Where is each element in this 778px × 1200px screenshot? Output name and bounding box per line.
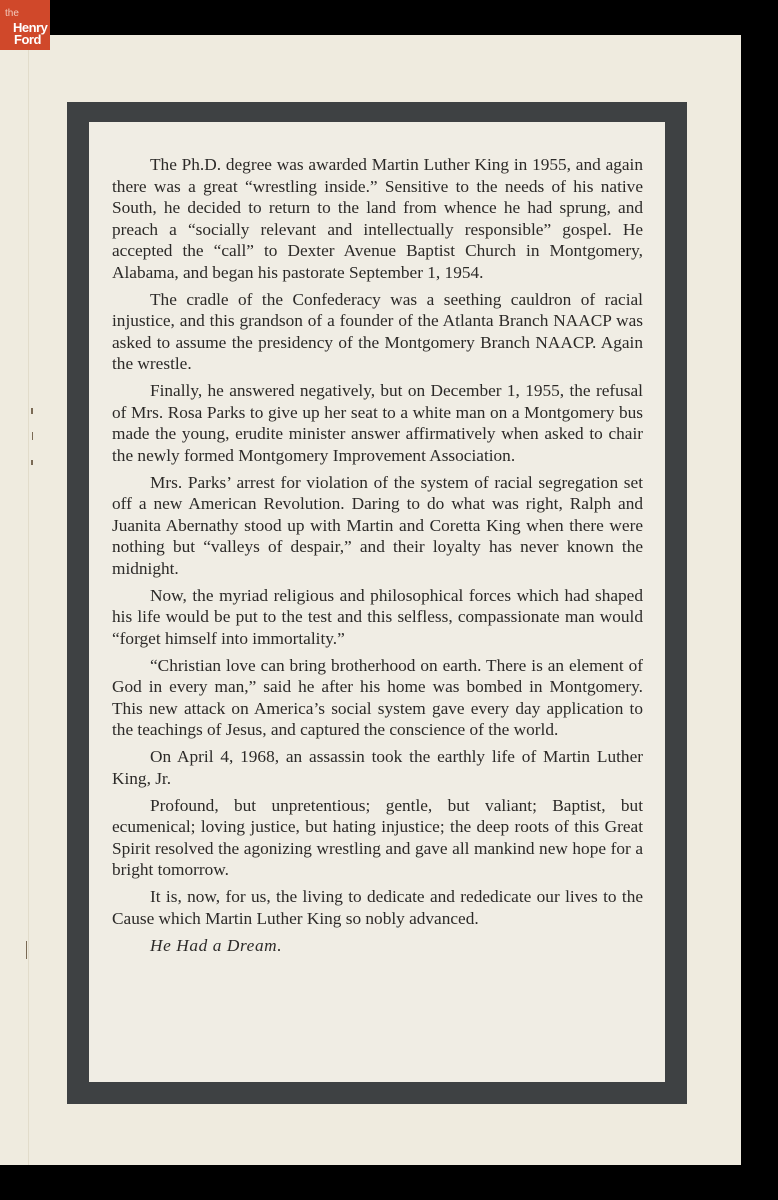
binding-mark — [31, 460, 33, 465]
paragraph: “Christian love can bring brotherhood on… — [112, 655, 643, 741]
paragraph: Profound, but unpretentious; gentle, but… — [112, 795, 643, 881]
document-page: The Ph.D. degree was awarded Martin Luth… — [0, 35, 741, 1165]
page-gutter-line — [28, 35, 29, 1165]
binding-mark — [32, 432, 33, 440]
paragraph: Now, the myriad religious and philosophi… — [112, 585, 643, 650]
paragraph: The Ph.D. degree was awarded Martin Luth… — [112, 154, 643, 283]
black-border-frame: The Ph.D. degree was awarded Martin Luth… — [67, 102, 687, 1104]
henry-ford-logo: the Henry Ford — [0, 0, 50, 50]
paragraph: Finally, he answered negatively, but on … — [112, 380, 643, 466]
logo-ford: Ford — [14, 32, 41, 47]
paragraph: On April 4, 1968, an assassin took the e… — [112, 746, 643, 789]
logo-the: the — [5, 8, 19, 19]
paragraph: It is, now, for us, the living to dedica… — [112, 886, 643, 929]
paragraph: Mrs. Parks’ arrest for violation of the … — [112, 472, 643, 580]
binding-mark — [31, 408, 33, 414]
memorial-text: The Ph.D. degree was awarded Martin Luth… — [112, 154, 643, 962]
paragraph: The cradle of the Confederacy was a seet… — [112, 289, 643, 375]
text-panel: The Ph.D. degree was awarded Martin Luth… — [89, 122, 665, 1082]
closing-line: He Had a Dream. — [112, 935, 643, 957]
binding-mark — [26, 941, 27, 959]
